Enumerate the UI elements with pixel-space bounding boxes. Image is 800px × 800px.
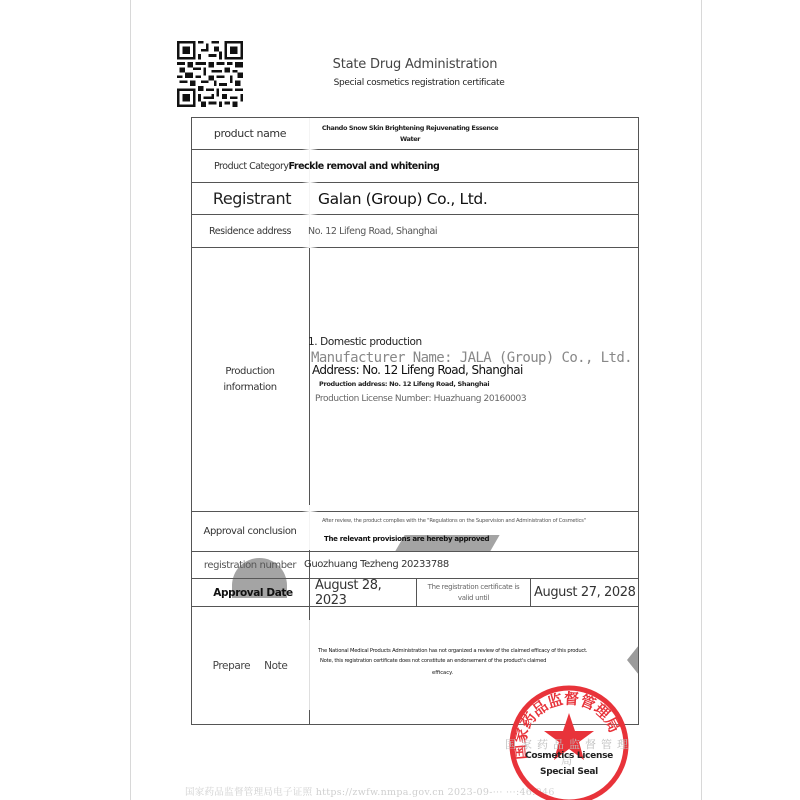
manufacturer-address: Address: No. 12 Lifeng Road, Shanghai — [312, 363, 523, 377]
label-production-information: Production information — [191, 248, 309, 511]
product-name-line2: Water — [400, 134, 420, 144]
product-name-line1: Chando Snow Skin Brightening Rejuvenatin… — [322, 123, 498, 133]
value-product-category: Freckle removal and whitening — [289, 161, 440, 172]
label-note: Note — [264, 660, 287, 672]
approval-conclusion-line1: After review, the product complies with … — [322, 518, 586, 524]
label-prepare: Prepare — [213, 660, 251, 672]
approval-conclusion-line2: The relevant provisions are hereby appro… — [324, 535, 489, 543]
value-valid-until: August 27, 2028 — [534, 579, 638, 606]
production-license-number: Production License Number: Huazhuang 201… — [315, 394, 526, 404]
issuer-title: State Drug Administration — [300, 57, 530, 72]
label-approval-date: Approval Date — [191, 579, 315, 606]
note-line1: The National Medical Products Administra… — [318, 648, 587, 654]
note-line2: Note, this registration certificate does… — [320, 658, 546, 664]
label-registrant: Registrant — [191, 183, 313, 214]
category-row: Product CategoryFreckle removal and whit… — [214, 150, 634, 182]
label-product-category: Product Category — [214, 161, 289, 172]
column-divider — [530, 578, 531, 606]
value-residence-address: No. 12 Lifeng Road, Shanghai — [308, 215, 608, 247]
label-registration-number: registration number — [191, 552, 309, 578]
label-valid-until: The registration certificate is valid un… — [417, 579, 530, 606]
value-product-name: Chando Snow Skin Brightening Rejuvenatin… — [310, 118, 510, 149]
value-approval-date: August 28, 2023 — [315, 579, 415, 606]
seal-line2: Special Seal — [500, 767, 638, 777]
label-product-name: product name — [191, 118, 309, 149]
note-line3: efficacy. — [432, 670, 453, 676]
certificate-subtitle: Special cosmetics registration certifica… — [300, 78, 538, 88]
label-approval-conclusion: Approval conclusion — [191, 512, 309, 551]
qr-code-icon — [176, 41, 244, 107]
value-registration-number: Guozhuang Tezheng 20233788 — [304, 552, 604, 576]
footer-e-certificate-line: 国家药品监督管理局电子证照 https://zwfw.nmpa.gov.cn 2… — [185, 784, 555, 798]
production-type: 1. Domestic production — [308, 336, 422, 348]
production-address: Production address: No. 12 Lifeng Road, … — [319, 380, 489, 388]
value-registrant: Galan (Group) Co., Ltd. — [318, 183, 628, 214]
label-residence-address: Residence address — [191, 215, 309, 247]
seal-line1: Cosmetics License — [500, 751, 638, 761]
label-prepare-note: Prepare Note — [191, 607, 309, 725]
